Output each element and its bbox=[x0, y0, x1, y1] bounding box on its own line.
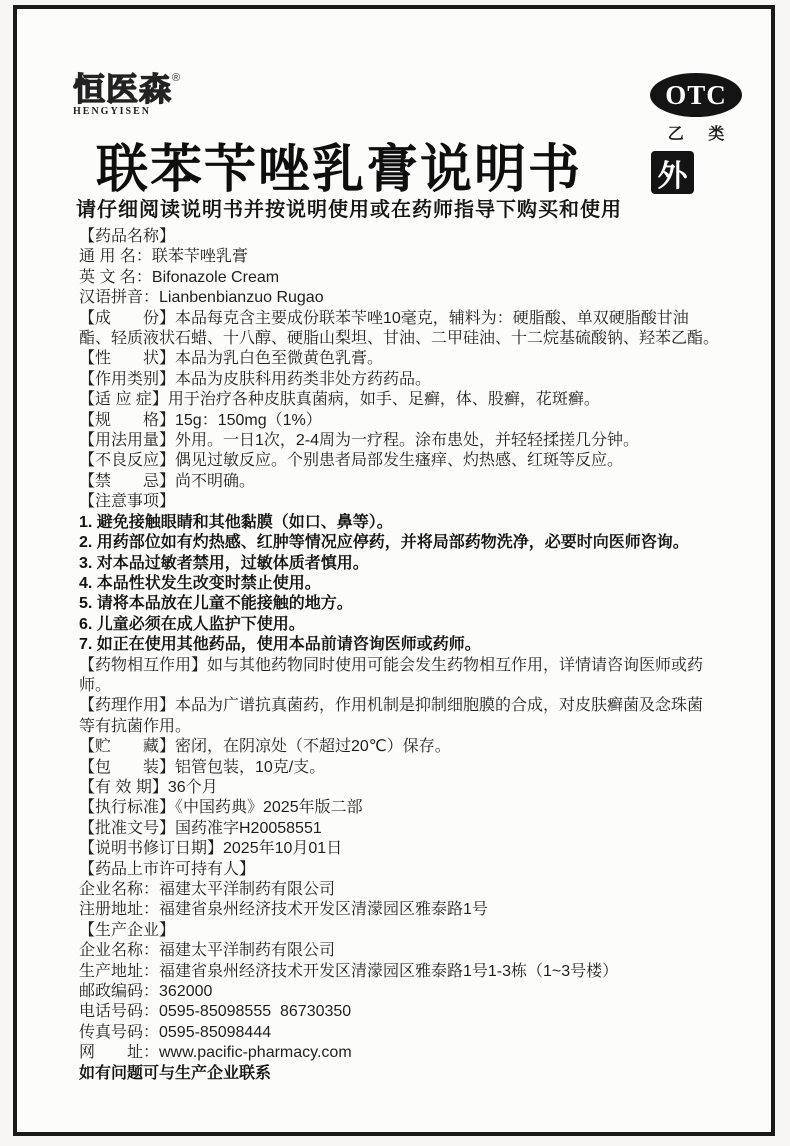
body-line: 【执行标准】《中国药典》2025年版二部 bbox=[79, 798, 741, 818]
external-use-label: 外 bbox=[658, 151, 688, 195]
body-line: 传真号码：0595-85098444 bbox=[79, 1023, 741, 1043]
body-line: 【成 份】本品每克含主要成份联苯苄唑10毫克，辅料为：硬脂酸、单双硬脂酸甘油 bbox=[79, 309, 741, 329]
body-line: 7. 如正在使用其他药品，使用本品前请咨询医师或药师。 bbox=[79, 635, 741, 655]
leaflet-page: 恒医森® HENGYISEN OTC 乙 类 外 联苯苄唑乳膏说明书 请仔细阅读… bbox=[0, 0, 790, 1146]
body-line: 【适 应 症】用于治疗各种皮肤真菌病，如手、足癣，体、股癣，花斑癣。 bbox=[79, 390, 741, 410]
body-line: 【包 装】铝管包装，10克/支。 bbox=[79, 758, 741, 778]
body-line: 【药理作用】本品为广谱抗真菌药，作用机制是抑制细胞膜的合成，对皮肤癣菌及念珠菌 bbox=[79, 696, 741, 716]
body-line: 【性 状】本品为乳白色至微黄色乳膏。 bbox=[79, 349, 741, 369]
leaflet-body: 【药品名称】通 用 名：联苯苄唑乳膏英 文 名：Bifonazole Cream… bbox=[17, 221, 771, 1084]
body-line: 【禁 忌】尚不明确。 bbox=[79, 472, 741, 492]
body-line: 【用法用量】外用。一日1次，2-4周为一疗程。涂布患处，并轻轻揉搓几分钟。 bbox=[79, 431, 741, 451]
body-line: 【批准文号】国药准字H20058551 bbox=[79, 819, 741, 839]
body-line: 通 用 名：联苯苄唑乳膏 bbox=[79, 247, 741, 267]
body-line: 【药品名称】 bbox=[79, 227, 741, 247]
leaflet-header: 恒医森® HENGYISEN OTC 乙 类 外 联苯苄唑乳膏说明书 请仔细阅读… bbox=[17, 9, 771, 221]
body-line: 邮政编码：362000 bbox=[79, 982, 741, 1002]
brand-logo-latin-name: HENGYISEN bbox=[73, 107, 180, 117]
body-line: 5. 请将本品放在儿童不能接触的地方。 bbox=[79, 594, 741, 614]
body-line: 【不良反应】偶见过敏反应。个别患者局部发生瘙痒、灼热感、红斑等反应。 bbox=[79, 451, 741, 471]
page-subtitle: 请仔细阅读说明书并按说明使用或在药师指导下购买和使用 bbox=[17, 193, 681, 222]
body-line: 注册地址：福建省泉州经济技术开发区清濛园区雅泰路1号 bbox=[79, 900, 741, 920]
body-line: 酯、轻质液状石蜡、十八醇、硬脂山梨坦、甘油、二甲硅油、十二烷基硫酸钠、羟苯乙酯。 bbox=[79, 329, 741, 349]
body-line: 如有问题可与生产企业联系 bbox=[79, 1064, 741, 1084]
body-line: 4. 本品性状发生改变时禁止使用。 bbox=[79, 574, 741, 594]
brand-logo-text: 恒医森 bbox=[73, 71, 172, 107]
body-line: 【药品上市许可持有人】 bbox=[79, 860, 741, 880]
body-line: 汉语拼音：Lianbenbianzuo Rugao bbox=[79, 288, 741, 308]
body-line: 【规 格】15g：150mg（1%） bbox=[79, 411, 741, 431]
body-line: 网 址：www.pacific-pharmacy.com bbox=[79, 1043, 741, 1063]
body-line: 【说明书修订日期】2025年10月01日 bbox=[79, 839, 741, 859]
body-line: 生产地址：福建省泉州经济技术开发区清濛园区雅泰路1号1-3栋（1~3号楼） bbox=[79, 962, 741, 982]
body-line: 【生产企业】 bbox=[79, 921, 741, 941]
body-line: 【贮 藏】密闭，在阴凉处（不超过20℃）保存。 bbox=[79, 737, 741, 757]
body-line: 师。 bbox=[79, 676, 741, 696]
body-line: 【作用类别】本品为皮肤科用药类非处方药药品。 bbox=[79, 370, 741, 390]
body-line: 企业名称：福建太平洋制药有限公司 bbox=[79, 880, 741, 900]
page-title: 联苯苄唑乳膏说明书 bbox=[17, 127, 661, 202]
body-line: 电话号码：0595-85098555 86730350 bbox=[79, 1002, 741, 1022]
body-line: 2. 用药部位如有灼热感、红肿等情况应停药，并将局部药物洗净，必要时向医师咨询。 bbox=[79, 533, 741, 553]
body-line: 1. 避免接触眼睛和其他黏膜（如口、鼻等）。 bbox=[79, 513, 741, 533]
registered-trademark-mark: ® bbox=[172, 72, 180, 84]
otc-badge-label: OTC bbox=[665, 80, 727, 111]
brand-logo-row: 恒医森® bbox=[73, 73, 180, 105]
body-line: 【有 效 期】36个月 bbox=[79, 778, 741, 798]
body-line: 6. 儿童必须在成人监护下使用。 bbox=[79, 615, 741, 635]
body-line: 【药物相互作用】如与其他药物同时使用可能会发生药物相互作用，详情请咨询医师或药 bbox=[79, 656, 741, 676]
otc-badge: OTC bbox=[650, 73, 742, 117]
body-line: 3. 对本品过敏者禁用，过敏体质者慎用。 bbox=[79, 554, 741, 574]
border-frame: 恒医森® HENGYISEN OTC 乙 类 外 联苯苄唑乳膏说明书 请仔细阅读… bbox=[13, 5, 775, 1136]
body-line: 英 文 名：Bifonazole Cream bbox=[79, 268, 741, 288]
body-line: 企业名称：福建太平洋制药有限公司 bbox=[79, 941, 741, 961]
brand-logo: 恒医森® HENGYISEN bbox=[73, 73, 180, 117]
body-line: 【注意事项】 bbox=[79, 492, 741, 512]
body-line: 等有抗菌作用。 bbox=[79, 717, 741, 737]
